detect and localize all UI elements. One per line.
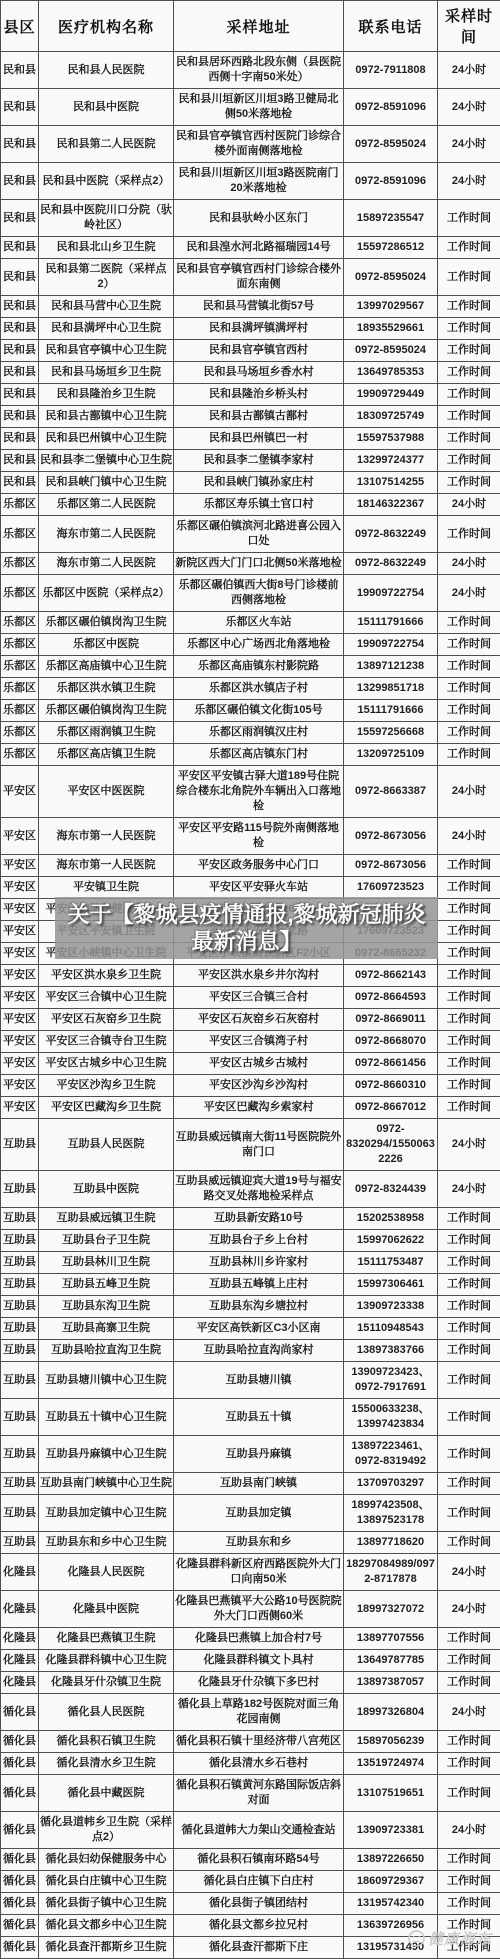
column-header-time: 采样时间 <box>438 1 500 52</box>
name-cell: 民和县隆治乡卫生院 <box>39 384 174 406</box>
address-cell: 平安区三合镇湾子村 <box>174 1031 344 1053</box>
county-cell: 化隆县 <box>1 1628 39 1650</box>
county-cell: 平安区 <box>1 1053 39 1075</box>
phone-cell: 13897383766 <box>344 1340 438 1362</box>
phone-cell: 13897223461、0972-8319492 <box>344 1436 438 1473</box>
time-cell: 工作时间 <box>438 1318 500 1340</box>
name-cell: 互助县中医院 <box>39 1171 174 1208</box>
watermark-title-line1: 关于【黎城县疫情通报,黎城新冠肺炎 <box>67 901 425 928</box>
name-cell: 海东市第一人民医院 <box>39 818 174 855</box>
phone-cell: 13897707556 <box>344 1628 438 1650</box>
table-row: 化隆县化隆县人民医院化隆县群科新区府西路医院外大门口向南50米182970849… <box>1 1554 500 1591</box>
address-cell: 民和县官亭镇官西村 <box>174 340 344 362</box>
county-cell: 平安区 <box>1 899 39 921</box>
time-cell: 工作时间 <box>438 237 500 259</box>
phone-cell: 18309725749 <box>344 406 438 428</box>
table-row: 乐都区乐都区第二人民医院乐都区寿乐镇土官口村1814632236724小时 <box>1 494 500 516</box>
name-cell: 互助县五十镇中心卫生院 <box>39 1399 174 1436</box>
county-cell: 平安区 <box>1 855 39 877</box>
phone-cell: 13709703297 <box>344 1473 438 1495</box>
phone-cell: 13209725109 <box>344 744 438 766</box>
time-cell: 工作时间 <box>438 634 500 656</box>
address-cell: 互助县五十镇 <box>174 1399 344 1436</box>
county-cell: 民和县 <box>1 296 39 318</box>
name-cell: 平安区沙沟乡卫生院 <box>39 1075 174 1097</box>
county-cell: 互助县 <box>1 1230 39 1252</box>
sampling-sites-page: 县区医疗机构名称采样地址联系电话采样时间 民和县民和县人民医院民和县居环西路北段… <box>0 0 500 1959</box>
county-cell: 民和县 <box>1 259 39 296</box>
county-cell: 互助县 <box>1 1436 39 1473</box>
table-row: 互助县互助县台子卫生院互助县台子乡上台村15997062622工作时间 <box>1 1230 500 1252</box>
county-cell: 乐都区 <box>1 634 39 656</box>
name-cell: 化隆县群科镇中心卫生院 <box>39 1650 174 1672</box>
county-cell: 互助县 <box>1 1362 39 1399</box>
county-cell: 化隆县 <box>1 1554 39 1591</box>
time-cell: 工作时间 <box>438 678 500 700</box>
time-cell: 工作时间 <box>438 1230 500 1252</box>
county-cell: 民和县 <box>1 163 39 200</box>
address-cell: 化隆县牙什尕镇下多巴村 <box>174 1672 344 1694</box>
address-cell: 平安区高铁新区C3小区南 <box>174 1318 344 1340</box>
address-cell: 乐都区碾伯镇西大街8号门诊楼前西侧落地检 <box>174 575 344 612</box>
time-cell: 24小时 <box>438 1554 500 1591</box>
county-cell: 平安区 <box>1 987 39 1009</box>
county-cell: 民和县 <box>1 428 39 450</box>
address-cell: 循化县查汗都斯下庄 <box>174 1937 344 1959</box>
phone-cell: 0972-8673056 <box>344 818 438 855</box>
county-cell: 平安区 <box>1 1009 39 1031</box>
name-cell: 平安镇卫生院 <box>39 877 174 899</box>
phone-cell: 18935529661 <box>344 318 438 340</box>
time-cell: 工作时间 <box>438 318 500 340</box>
phone-cell: 18997423508、13897523178 <box>344 1495 438 1532</box>
time-cell: 工作时间 <box>438 1097 500 1119</box>
time-cell: 工作时间 <box>438 965 500 987</box>
county-cell: 平安区 <box>1 766 39 818</box>
time-cell: 工作时间 <box>438 722 500 744</box>
name-cell: 互助县丹麻镇中心卫生院 <box>39 1436 174 1473</box>
name-cell: 海东市第二人民医院 <box>39 516 174 553</box>
address-cell: 循化县上草路182号医院对面三角花园南侧 <box>174 1694 344 1731</box>
table-row: 循化县循化县道帏乡卫生院（采样点2）循化县道帏大力架山交通检查站13909723… <box>1 1812 500 1849</box>
table-row: 互助县互助县丹麻镇中心卫生院互助县丹麻镇13897223461、0972-831… <box>1 1436 500 1473</box>
name-cell: 互助县南门峡镇中心卫生院 <box>39 1473 174 1495</box>
table-row: 乐都区海东市第二人民医院乐都区碾伯镇滨河北路进喜公园入口处0972-863224… <box>1 516 500 553</box>
phone-cell: 0972-7911808 <box>344 52 438 89</box>
time-cell: 24小时 <box>438 494 500 516</box>
address-cell: 平安区平安镇古驿大道189号住院综合楼东北角院外车辆出入口落地检 <box>174 766 344 818</box>
phone-cell: 0972-8595024 <box>344 259 438 296</box>
county-cell: 民和县 <box>1 406 39 428</box>
name-cell: 平安区三合镇寺台卫生院 <box>39 1031 174 1053</box>
name-cell: 民和县第二医院（采样点2） <box>39 259 174 296</box>
county-cell: 平安区 <box>1 921 39 943</box>
table-row: 民和县民和县中医院川口分院（驮岭社区）民和县驮岭小区东门15897235547工… <box>1 200 500 237</box>
time-cell: 工作时间 <box>438 1495 500 1532</box>
phone-cell: 0972-8595024 <box>344 340 438 362</box>
county-cell: 平安区 <box>1 818 39 855</box>
name-cell: 互助县哈拉直沟卫生院 <box>39 1340 174 1362</box>
county-cell: 互助县 <box>1 1340 39 1362</box>
address-cell: 互助县新安路10号 <box>174 1208 344 1230</box>
phone-cell: 15202538958 <box>344 1208 438 1230</box>
name-cell: 民和县中医院（采样点2） <box>39 163 174 200</box>
name-cell: 互助县东沟卫生院 <box>39 1296 174 1318</box>
address-cell: 互助县哈拉直沟尚家村 <box>174 1340 344 1362</box>
time-cell: 24小时 <box>438 52 500 89</box>
county-cell: 平安区 <box>1 877 39 899</box>
address-cell: 乐都区碾伯镇滨河北路进喜公园入口处 <box>174 516 344 553</box>
phone-cell: 13909723381 <box>344 1812 438 1849</box>
county-cell: 乐都区 <box>1 678 39 700</box>
address-cell: 平安区古城乡古城村 <box>174 1053 344 1075</box>
time-cell: 工作时间 <box>438 1731 500 1753</box>
county-cell: 循化县 <box>1 1753 39 1775</box>
phone-cell: 15500633238、13997423834 <box>344 1399 438 1436</box>
address-cell: 循化县道帏大力架山交通检查站 <box>174 1812 344 1849</box>
address-cell: 民和县居环西路北段东侧（县医院西侧十字南50米处） <box>174 52 344 89</box>
table-row: 平安区平安区三合镇中心卫生院平安区三合镇三合村0972-8664593工作时间 <box>1 987 500 1009</box>
county-cell: 民和县 <box>1 237 39 259</box>
county-cell: 互助县 <box>1 1208 39 1230</box>
name-cell: 乐都区中医院 <box>39 634 174 656</box>
county-cell: 互助县 <box>1 1473 39 1495</box>
table-row: 平安区平安区沙沟乡卫生院平安区沙沟乡沙沟村0972-8660310工作时间 <box>1 1075 500 1097</box>
time-cell: 工作时间 <box>438 472 500 494</box>
name-cell: 循化县白庄镇中心卫生院 <box>39 1871 174 1893</box>
phone-cell: 13649787785 <box>344 1650 438 1672</box>
time-cell: 工作时间 <box>438 1399 500 1436</box>
address-cell: 循化县积石镇十里经济带八宫苑区 <box>174 1731 344 1753</box>
name-cell: 民和县马场垣乡卫生院 <box>39 362 174 384</box>
name-cell: 互助县人民医院 <box>39 1119 174 1171</box>
time-cell: 工作时间 <box>438 200 500 237</box>
time-cell: 工作时间 <box>438 656 500 678</box>
county-cell: 乐都区 <box>1 744 39 766</box>
time-cell: 工作时间 <box>438 1893 500 1915</box>
address-cell: 民和县峡门镇孙家庄村 <box>174 472 344 494</box>
name-cell: 平安区石灰窑乡卫生院 <box>39 1009 174 1031</box>
table-row: 平安区平安区三合镇寺台卫生院平安区三合镇湾子村0972-8668070工作时间 <box>1 1031 500 1053</box>
name-cell: 乐都区碾伯镇岗沟卫生院 <box>39 700 174 722</box>
name-cell: 化隆县中医院 <box>39 1591 174 1628</box>
table-row: 互助县互助县哈拉直沟卫生院互助县哈拉直沟尚家村13897383766工作时间 <box>1 1340 500 1362</box>
address-cell: 乐都区火车站 <box>174 612 344 634</box>
phone-cell: 18609729367 <box>344 1871 438 1893</box>
address-cell: 民和县湟水河北路福瑞园14号 <box>174 237 344 259</box>
time-cell: 工作时间 <box>438 1871 500 1893</box>
address-cell: 互助县五峰镇上庄村 <box>174 1274 344 1296</box>
phone-cell: 18997326804 <box>344 1694 438 1731</box>
phone-cell: 15111791666 <box>344 700 438 722</box>
table-row: 循化县循化县人民医院循化县上草路182号医院对面三角花园南侧1899732680… <box>1 1694 500 1731</box>
table-row: 民和县民和县马营中心卫生院民和县马营镇北街57号13997029567工作时间 <box>1 296 500 318</box>
address-cell: 化隆县巴燕镇平大公路10号医院院外大门口西侧60米 <box>174 1591 344 1628</box>
time-cell: 工作时间 <box>438 877 500 899</box>
name-cell: 民和县峡门镇中心卫生院 <box>39 472 174 494</box>
phone-cell: 19909722754 <box>344 575 438 612</box>
time-cell: 工作时间 <box>438 259 500 296</box>
name-cell: 化隆县巴燕镇卫生院 <box>39 1628 174 1650</box>
column-header-address: 采样地址 <box>174 1 344 52</box>
address-cell: 互助县林川乡许家村 <box>174 1252 344 1274</box>
address-cell: 乐都区高庙镇东村影院路 <box>174 656 344 678</box>
name-cell: 民和县人民医院 <box>39 52 174 89</box>
address-cell: 乐都区碾伯镇文化街105号 <box>174 700 344 722</box>
address-cell: 民和县官亭镇官西村医院门诊综合楼外面南侧落地检 <box>174 126 344 163</box>
address-cell: 民和县川垣新区川垣3路医院南门20米落地检 <box>174 163 344 200</box>
name-cell: 民和县古鄯镇中心卫生院 <box>39 406 174 428</box>
table-row: 民和县民和县古鄯镇中心卫生院民和县古鄯镇古鄯村18309725749工作时间 <box>1 406 500 428</box>
time-cell: 24小时 <box>438 818 500 855</box>
time-cell: 24小时 <box>438 1812 500 1849</box>
column-header-name: 医疗机构名称 <box>39 1 174 52</box>
table-body: 民和县民和县人民医院民和县居环西路北段东侧（县医院西侧十字南50米处）0972-… <box>1 52 500 1959</box>
phone-cell: 13909723423、0972-7917691 <box>344 1362 438 1399</box>
county-cell: 互助县 <box>1 1318 39 1340</box>
address-cell: 循化县文都乡拉兄村 <box>174 1915 344 1937</box>
table-row: 民和县民和县人民医院民和县居环西路北段东侧（县医院西侧十字南50米处）0972-… <box>1 52 500 89</box>
phone-cell: 15110948543 <box>344 1318 438 1340</box>
phone-cell: 13897226650 <box>344 1849 438 1871</box>
county-cell: 乐都区 <box>1 656 39 678</box>
time-cell: 工作时间 <box>438 1252 500 1274</box>
corner-watermark: 健康海东 <box>408 1928 492 1949</box>
phone-cell: 15597256668 <box>344 722 438 744</box>
county-cell: 民和县 <box>1 472 39 494</box>
county-cell: 平安区 <box>1 1031 39 1053</box>
county-cell: 乐都区 <box>1 722 39 744</box>
smiley-face-logo-icon <box>408 1930 425 1947</box>
phone-cell: 18997327072 <box>344 1591 438 1628</box>
table-row: 民和县民和县第二医院（采样点2）民和县官亭镇官西村门诊综合楼外面东南侧0972-… <box>1 259 500 296</box>
address-cell: 民和县马营镇北街57号 <box>174 296 344 318</box>
time-cell: 工作时间 <box>438 1274 500 1296</box>
table-row: 循化县循化县积石镇卫生院循化县积石镇十里经济带八宫苑区15897056239工作… <box>1 1731 500 1753</box>
table-row: 互助县互助县加定镇中心卫生院互助县加定镇18997423508、13897523… <box>1 1495 500 1532</box>
phone-cell: 13897718620 <box>344 1532 438 1554</box>
table-row: 平安区海东市第一人民医院平安区平安路115号院外南侧落地检0972-867305… <box>1 818 500 855</box>
name-cell: 循化县妇幼保健服务中心 <box>39 1849 174 1871</box>
time-cell: 工作时间 <box>438 612 500 634</box>
time-cell: 工作时间 <box>438 1650 500 1672</box>
address-cell: 乐都区中心广场西北角落地检 <box>174 634 344 656</box>
time-cell: 工作时间 <box>438 1340 500 1362</box>
phone-cell: 0972-8663387 <box>344 766 438 818</box>
table-row: 互助县互助县人民医院互助县威远镇南大街11号医院院外南门口0972-832029… <box>1 1119 500 1171</box>
address-cell: 民和县李二堡镇李家村 <box>174 450 344 472</box>
address-cell: 循化县街子镇团结村 <box>174 1893 344 1915</box>
address-cell: 互助县丹麻镇 <box>174 1436 344 1473</box>
time-cell: 24小时 <box>438 1694 500 1731</box>
name-cell: 互助县威远镇卫生院 <box>39 1208 174 1230</box>
name-cell: 民和县官亭镇中心卫生院 <box>39 340 174 362</box>
address-cell: 民和县官亭镇官西村门诊综合楼外面东南侧 <box>174 259 344 296</box>
name-cell: 平安区三合镇中心卫生院 <box>39 987 174 1009</box>
phone-cell: 0972-8595024 <box>344 126 438 163</box>
phone-cell: 15597286512 <box>344 237 438 259</box>
name-cell: 民和县中医院 <box>39 89 174 126</box>
name-cell: 循化县清水乡卫生院 <box>39 1753 174 1775</box>
time-cell: 工作时间 <box>438 855 500 877</box>
address-cell: 平安区平安驿火车站 <box>174 877 344 899</box>
county-cell: 互助县 <box>1 1171 39 1208</box>
county-cell: 循化县 <box>1 1775 39 1812</box>
county-cell: 民和县 <box>1 200 39 237</box>
address-cell: 民和县马场垣乡香水村 <box>174 362 344 384</box>
county-cell: 互助县 <box>1 1532 39 1554</box>
phone-cell: 13107514255 <box>344 472 438 494</box>
address-cell: 循化县白庄镇下白庄村 <box>174 1871 344 1893</box>
table-row: 化隆县化隆县群科镇中心卫生院化隆县群科镇文卜具村13649787785工作时间 <box>1 1650 500 1672</box>
time-cell: 工作时间 <box>438 1672 500 1694</box>
county-cell: 民和县 <box>1 126 39 163</box>
county-cell: 平安区 <box>1 1075 39 1097</box>
table-row: 乐都区乐都区洪水镇卫生院乐都区洪水镇店子村13299851718工作时间 <box>1 678 500 700</box>
time-cell: 工作时间 <box>438 340 500 362</box>
column-header-phone: 联系电话 <box>344 1 438 52</box>
address-cell: 化隆县群科新区府西路医院外大门口向南50米 <box>174 1554 344 1591</box>
address-cell: 民和县驮岭小区东门 <box>174 200 344 237</box>
table-row: 互助县互助县林川卫生院互助县林川乡许家村15111753487工作时间 <box>1 1252 500 1274</box>
address-cell: 互助县东和乡 <box>174 1532 344 1554</box>
table-row: 循化县循化县街子镇中心卫生院循化县街子镇团结村13195742340工作时间 <box>1 1893 500 1915</box>
table-row: 平安区平安区洪水泉乡卫生院平安区洪水泉乡井尔沟村0972-8662143工作时间 <box>1 965 500 987</box>
name-cell: 民和县北山乡卫生院 <box>39 237 174 259</box>
address-cell: 民和县隆治乡桥头村 <box>174 384 344 406</box>
time-cell: 工作时间 <box>438 1208 500 1230</box>
county-cell: 化隆县 <box>1 1650 39 1672</box>
phone-cell: 15997062622 <box>344 1230 438 1252</box>
table-row: 乐都区乐都区中医院（采样点2）乐都区碾伯镇西大街8号门诊楼前西侧落地检19909… <box>1 575 500 612</box>
name-cell: 民和县满坪中心卫生院 <box>39 318 174 340</box>
table-row: 互助县互助县五峰卫生院互助县五峰镇上庄村15997306461工作时间 <box>1 1274 500 1296</box>
table-row: 民和县民和县北山乡卫生院民和县湟水河北路福瑞园14号15597286512工作时… <box>1 237 500 259</box>
time-cell: 工作时间 <box>438 1532 500 1554</box>
address-cell: 平安区石灰窑乡石灰窑村 <box>174 1009 344 1031</box>
phone-cell: 0972-8664593 <box>344 987 438 1009</box>
name-cell: 乐都区高庙镇中心卫生院 <box>39 656 174 678</box>
name-cell: 乐都区中医院（采样点2） <box>39 575 174 612</box>
address-cell: 民和县满坪镇满坪村 <box>174 318 344 340</box>
county-cell: 循化县 <box>1 1937 39 1959</box>
table-row: 乐都区乐都区中医院乐都区中心广场西北角落地检19909722754工作时间 <box>1 634 500 656</box>
name-cell: 民和县李二堡镇中心卫生院 <box>39 450 174 472</box>
phone-cell: 0972-8320294/15500632226 <box>344 1119 438 1171</box>
table-row: 民和县民和县峡门镇中心卫生院民和县峡门镇孙家庄村13107514255工作时间 <box>1 472 500 494</box>
phone-cell: 13897387057 <box>344 1672 438 1694</box>
name-cell: 循化县查汗都斯乡卫生院 <box>39 1937 174 1959</box>
county-cell: 乐都区 <box>1 494 39 516</box>
time-cell: 工作时间 <box>438 943 500 965</box>
phone-cell: 19909729449 <box>344 384 438 406</box>
time-cell: 工作时间 <box>438 1473 500 1495</box>
name-cell: 海东市第一人民医院 <box>39 855 174 877</box>
time-cell: 24小时 <box>438 575 500 612</box>
table-row: 互助县互助县高寨卫生院平安区高铁新区C3小区南15110948543工作时间 <box>1 1318 500 1340</box>
phone-cell: 13107519651 <box>344 1775 438 1812</box>
table-row: 化隆县化隆县巴燕镇卫生院化隆县巴燕镇上加合村7号13897707556工作时间 <box>1 1628 500 1650</box>
table-row: 平安区平安区石灰窑乡卫生院平安区石灰窑乡石灰窑村0972-8669011工作时间 <box>1 1009 500 1031</box>
table-row: 民和县民和县马场垣乡卫生院民和县马场垣乡香水村13649785353工作时间 <box>1 362 500 384</box>
county-cell: 互助县 <box>1 1399 39 1436</box>
address-cell: 循化县积石镇南环路54号 <box>174 1849 344 1871</box>
name-cell: 平安区巴藏沟乡卫生院 <box>39 1097 174 1119</box>
county-cell: 循化县 <box>1 1694 39 1731</box>
sampling-sites-table: 县区医疗机构名称采样地址联系电话采样时间 民和县民和县人民医院民和县居环西路北段… <box>0 0 500 1959</box>
table-row: 互助县互助县东和乡中心卫生院互助县东和乡13897718620工作时间 <box>1 1532 500 1554</box>
time-cell: 24小时 <box>438 766 500 818</box>
name-cell: 循化县街子镇中心卫生院 <box>39 1893 174 1915</box>
time-cell: 24小时 <box>438 89 500 126</box>
phone-cell: 0972-8661456 <box>344 1053 438 1075</box>
address-cell: 乐都区高店镇东门村 <box>174 744 344 766</box>
table-row: 化隆县化隆县中医院化隆县巴燕镇平大公路10号医院院外大门口西侧60米189973… <box>1 1591 500 1628</box>
address-cell: 化隆县巴燕镇上加合村7号 <box>174 1628 344 1650</box>
county-cell: 乐都区 <box>1 700 39 722</box>
address-cell: 互助县东沟乡塘拉村 <box>174 1296 344 1318</box>
county-cell: 互助县 <box>1 1119 39 1171</box>
county-cell: 平安区 <box>1 943 39 965</box>
table-row: 民和县民和县隆治乡卫生院民和县隆治乡桥头村19909729449工作时间 <box>1 384 500 406</box>
time-cell: 工作时间 <box>438 1053 500 1075</box>
name-cell: 海东市第二人民医院 <box>39 553 174 575</box>
county-cell: 互助县 <box>1 1495 39 1532</box>
name-cell: 民和县巴州镇中心卫生院 <box>39 428 174 450</box>
time-cell: 24小时 <box>438 1119 500 1171</box>
table-row: 循化县循化县清水乡卫生院循化县清水乡石巷村13519724974工作时间 <box>1 1753 500 1775</box>
phone-cell: 15111753487 <box>344 1252 438 1274</box>
address-cell: 互助县威远镇南大街11号医院院外南门口 <box>174 1119 344 1171</box>
phone-cell: 13299851718 <box>344 678 438 700</box>
name-cell: 乐都区洪水镇卫生院 <box>39 678 174 700</box>
time-cell: 工作时间 <box>438 744 500 766</box>
phone-cell: 13519724974 <box>344 1753 438 1775</box>
address-cell: 乐都区洪水镇店子村 <box>174 678 344 700</box>
phone-cell: 13299724377 <box>344 450 438 472</box>
phone-cell: 0972-8673056 <box>344 855 438 877</box>
time-cell: 工作时间 <box>438 516 500 553</box>
address-cell: 互助县威远镇迎宾大道19号与福安路交叉处落地检采样点 <box>174 1171 344 1208</box>
county-cell: 民和县 <box>1 450 39 472</box>
phone-cell: 13649785353 <box>344 362 438 384</box>
table-row: 乐都区乐都区碾伯镇岗沟卫生院乐都区火车站15111791666工作时间 <box>1 612 500 634</box>
name-cell: 循化县积石镇卫生院 <box>39 1731 174 1753</box>
name-cell: 乐都区第二人民医院 <box>39 494 174 516</box>
name-cell: 互助县五峰卫生院 <box>39 1274 174 1296</box>
phone-cell: 15897235547 <box>344 200 438 237</box>
county-cell: 民和县 <box>1 384 39 406</box>
time-cell: 工作时间 <box>438 700 500 722</box>
phone-cell: 13997029567 <box>344 296 438 318</box>
address-cell: 互助县台子乡上台村 <box>174 1230 344 1252</box>
name-cell: 循化县人民医院 <box>39 1694 174 1731</box>
name-cell: 循化县中藏医院 <box>39 1775 174 1812</box>
table-row: 平安区平安区中医医院平安区平安镇古驿大道189号住院综合楼东北角院外车辆出入口落… <box>1 766 500 818</box>
county-cell: 民和县 <box>1 340 39 362</box>
table-row: 平安区平安区古城乡中心卫生院平安区古城乡古城村0972-8661456工作时间 <box>1 1053 500 1075</box>
table-row: 互助县互助县塘川镇中心卫生院互助县塘川镇13909723423、0972-791… <box>1 1362 500 1399</box>
county-cell: 化隆县 <box>1 1591 39 1628</box>
address-cell: 平安区三合镇三合村 <box>174 987 344 1009</box>
phone-cell: 19909722754 <box>344 634 438 656</box>
table-row: 民和县民和县中医院（采样点2）民和县川垣新区川垣3路医院南门20米落地检0972… <box>1 163 500 200</box>
address-cell: 平安区政务服务中心门口 <box>174 855 344 877</box>
time-cell: 工作时间 <box>438 899 500 921</box>
county-cell: 民和县 <box>1 362 39 384</box>
table-row: 民和县民和县第二人民医院民和县官亭镇官西村医院门诊综合楼外面南侧落地检0972-… <box>1 126 500 163</box>
table-row: 互助县互助县威远镇卫生院互助县新安路10号15202538958工作时间 <box>1 1208 500 1230</box>
